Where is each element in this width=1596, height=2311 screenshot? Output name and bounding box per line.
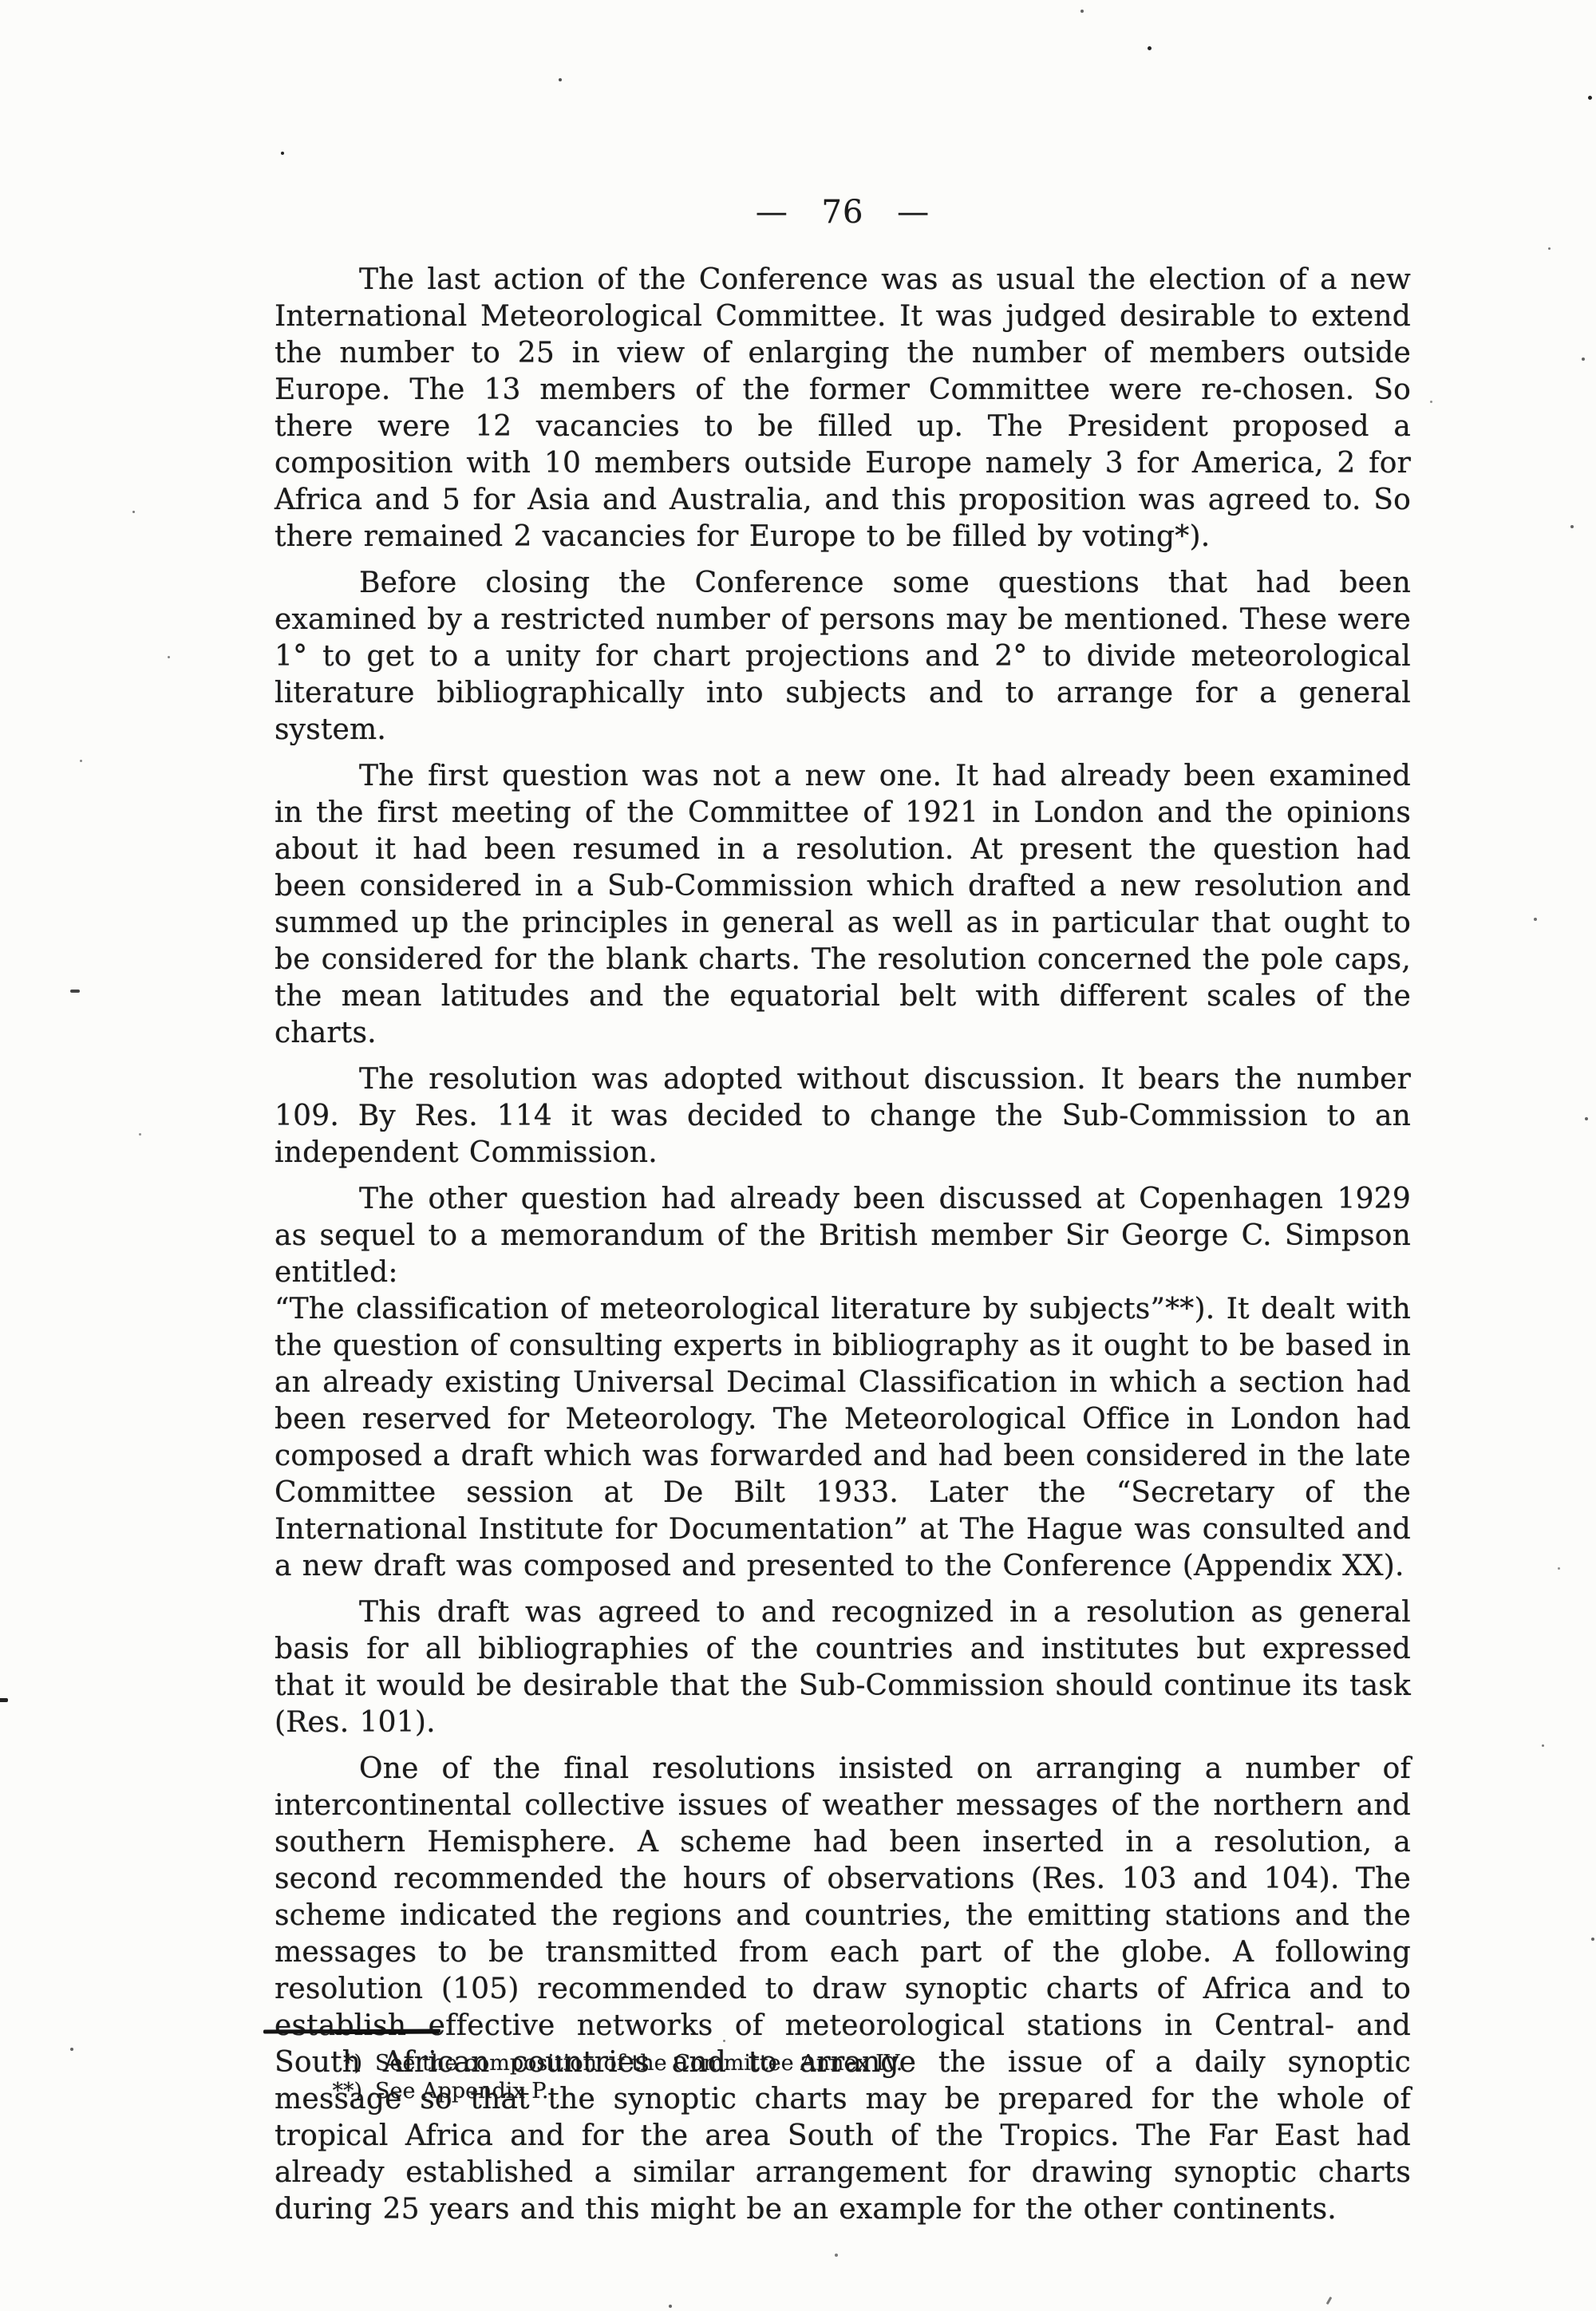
scan-speck bbox=[1148, 46, 1152, 50]
scan-speck bbox=[1582, 358, 1585, 361]
scan-speck bbox=[1591, 1938, 1594, 1941]
footnote: **) See Appendix P. bbox=[310, 2077, 903, 2105]
scan-speck bbox=[1585, 1117, 1588, 1120]
scan-speck bbox=[1326, 2297, 1333, 2305]
scan-speck bbox=[835, 2254, 838, 2257]
paragraph: This draft was agreed to and recognized … bbox=[275, 1594, 1411, 1741]
footnotes-section: *) See the composition of the Committee … bbox=[310, 2049, 903, 2105]
paragraph: “The classification of meteorological li… bbox=[275, 1291, 1411, 1585]
footnote-marker: **) bbox=[310, 2077, 375, 2105]
scan-speck bbox=[132, 511, 135, 513]
footnote-rule bbox=[263, 2029, 440, 2034]
paragraph: One of the final resolutions insisted on… bbox=[275, 1751, 1411, 2228]
scan-speck bbox=[1588, 96, 1592, 100]
scan-speck bbox=[1080, 10, 1084, 13]
scan-speck bbox=[139, 1133, 141, 1136]
scan-speck bbox=[1534, 918, 1537, 921]
scan-speck bbox=[723, 2040, 725, 2042]
scan-speck bbox=[1570, 525, 1574, 528]
footnote-text: See Appendix P. bbox=[375, 2077, 548, 2105]
scan-speck bbox=[669, 2305, 672, 2308]
paragraph: Before closing the Conference some quest… bbox=[275, 565, 1411, 749]
scan-speck bbox=[80, 760, 82, 762]
page-header: — 76 — bbox=[275, 192, 1411, 233]
footnote: *) See the composition of the Committee … bbox=[310, 2049, 903, 2077]
scan-speck bbox=[70, 990, 80, 993]
paragraph: The last action of the Conference was as… bbox=[275, 262, 1411, 555]
document-page: — 76 — The last action of the Conference… bbox=[0, 0, 1596, 2311]
paragraph: The first question was not a new one. It… bbox=[275, 758, 1411, 1052]
scan-speck bbox=[1430, 401, 1432, 403]
scan-speck bbox=[281, 152, 284, 155]
scan-speck bbox=[70, 2048, 73, 2051]
scan-speck bbox=[1558, 1567, 1560, 1570]
scan-speck bbox=[0, 1698, 8, 1702]
footnote-marker: *) bbox=[310, 2049, 375, 2077]
page-number: — 76 — bbox=[756, 194, 930, 231]
page-body: The last action of the Conference was as… bbox=[275, 262, 1411, 2238]
scan-speck bbox=[1542, 1744, 1544, 1747]
scan-speck bbox=[559, 78, 562, 81]
scan-speck bbox=[1548, 247, 1551, 250]
footnote-text: See the composition of the Committee Ann… bbox=[375, 2049, 903, 2077]
scan-speck bbox=[168, 656, 170, 658]
paragraph: The resolution was adopted without discu… bbox=[275, 1061, 1411, 1171]
paragraph: The other question had already been disc… bbox=[275, 1181, 1411, 1291]
